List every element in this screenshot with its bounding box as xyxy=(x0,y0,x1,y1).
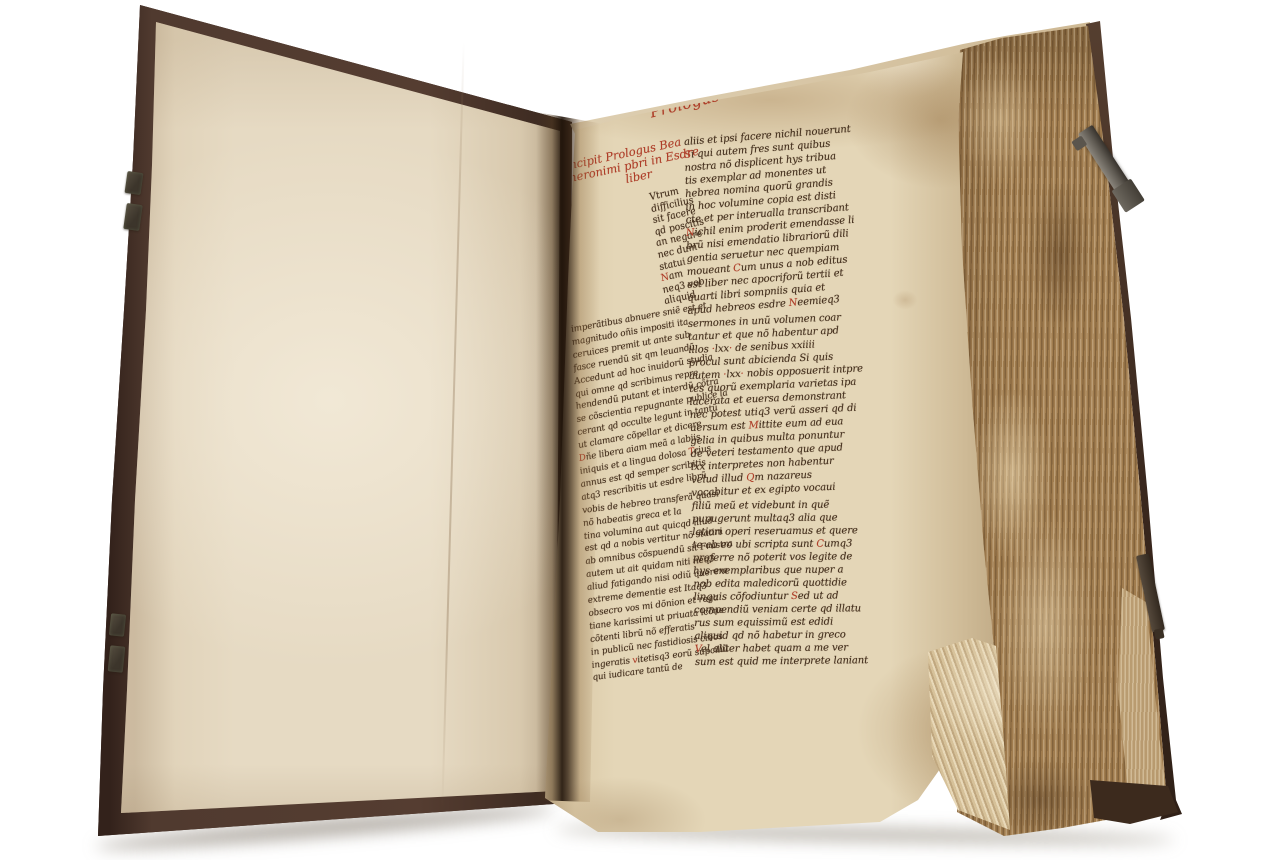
column-right-text: aliis et ipsi facere nichil noueruntSi q… xyxy=(684,136,869,669)
clasp-catch-plate-bottom-1 xyxy=(109,613,126,636)
clasp-catch-plate-top-1 xyxy=(125,171,144,195)
clasp-catch-plate-bottom-2 xyxy=(108,645,126,672)
photo-scene: Prologus Incipit Prologus BeaIheronimi p… xyxy=(0,0,1280,860)
